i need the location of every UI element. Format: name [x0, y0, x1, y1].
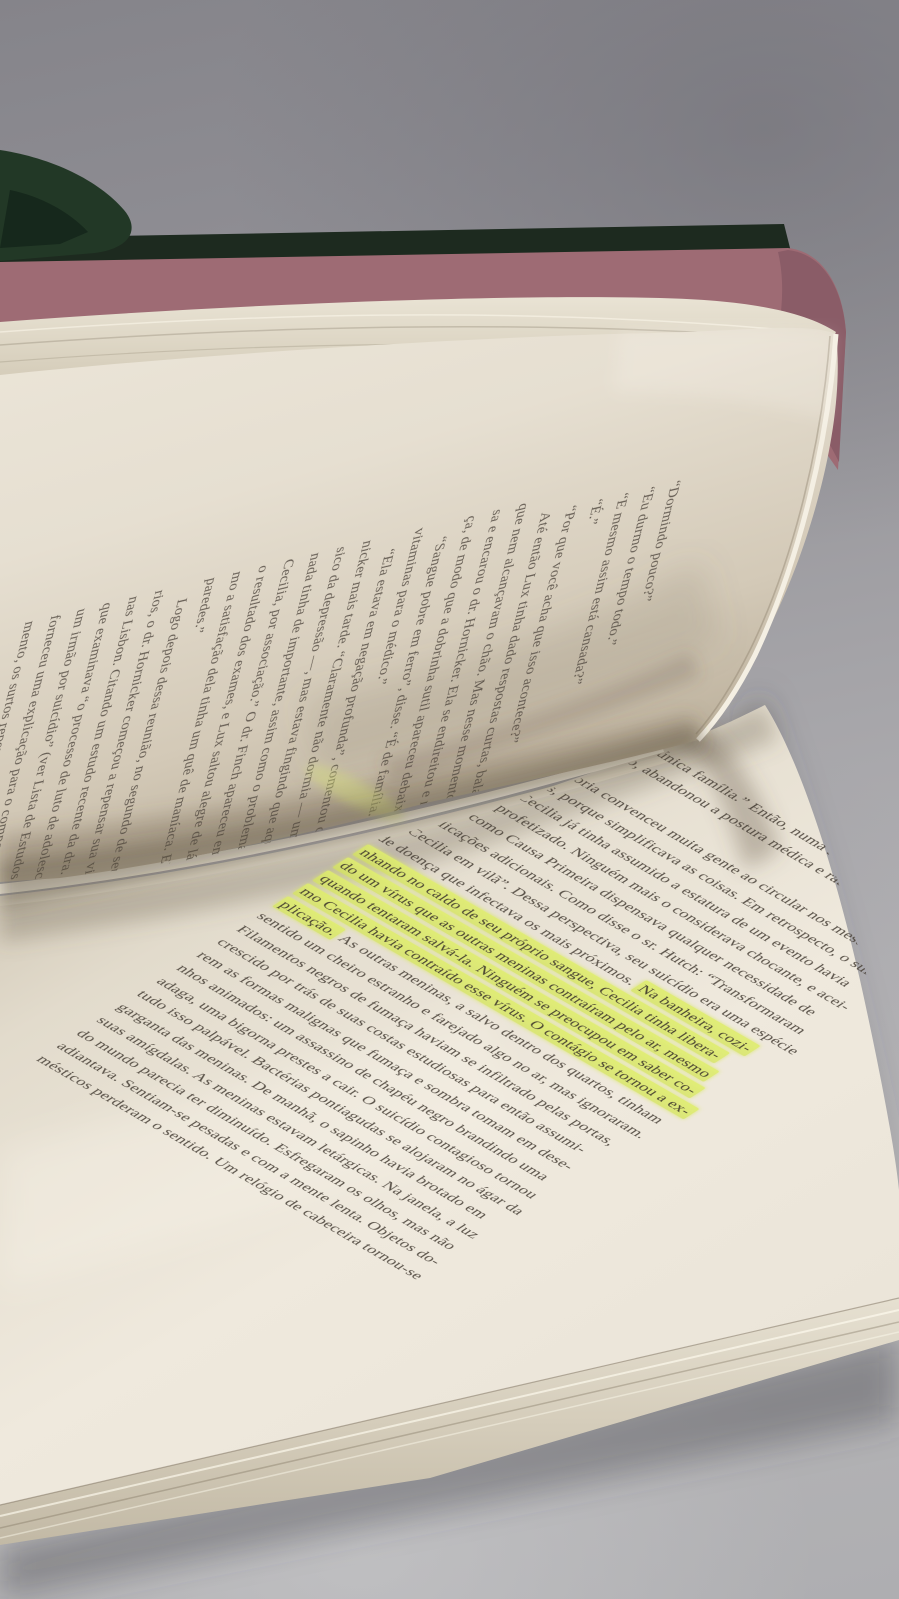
- photo-open-book: dios em uma única família.” Então, numa …: [0, 0, 899, 1599]
- book-shapes: [0, 0, 899, 1599]
